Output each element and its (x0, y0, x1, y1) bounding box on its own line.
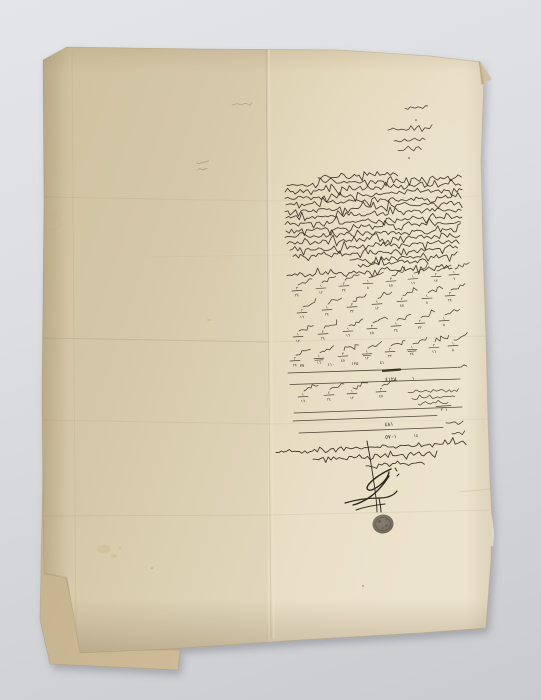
mini-row-entry-denominator: ٤٨ (379, 393, 383, 398)
share-row-1-entry-denominator: ١٢ (434, 278, 438, 283)
share-row-3-entry-denominator: ٢٤ (394, 327, 398, 332)
row-footnote-3: ١٢٥ (352, 361, 359, 366)
document-photo: ٣٢٤١١٢٢٢٤١٨٣٤٨١١٦٢١٢١٦٢١٦١٢٤٣٣٢١١٢٢٤٨١٨٣… (0, 0, 541, 700)
share-row-3-entry-numerator: ١ (297, 332, 299, 337)
mini-row-entry-denominator: ٢٤ (327, 396, 331, 401)
share-row-3-entry-denominator: ٤٨ (370, 330, 374, 335)
stain-spot (111, 554, 117, 558)
share-row-1-entry-numerator: ٣ (296, 286, 298, 291)
share-row-1-entry-numerator: ٢ (343, 281, 345, 286)
grand-total-3-note: ١٤ (414, 433, 419, 438)
share-row-3-entry-denominator: ٢٤ (321, 335, 325, 340)
grand-total-2: ٤٨١ (384, 422, 393, 428)
share-row-1-entry-denominator: ٢٤ (295, 292, 299, 297)
share-row-2-entry-numerator: ١ (426, 293, 428, 298)
share-row-1-entry-denominator: ٦ (453, 276, 455, 281)
share-row-4-entry-denominator: ١٦ (432, 349, 436, 354)
share-row-4-entry-denominator: ٨ (452, 347, 454, 352)
share-row-3-entry-denominator: ١٦ (346, 333, 350, 338)
share-row-3-entry-denominator: ٣٢ (418, 325, 422, 330)
share-row-2-entry-numerator: ١ (326, 305, 328, 310)
share-row-1-entry-denominator: ١٦ (411, 280, 415, 285)
share-row-2-entry-denominator: ٢٤ (325, 311, 329, 316)
share-row-2-entry-numerator: ٢ (301, 308, 303, 313)
row-footnote-4: ٤١ (380, 360, 385, 365)
share-row-1-entry-denominator: ٢٤ (342, 287, 346, 292)
share-row-2-entry-denominator: ٤٨ (400, 303, 404, 308)
share-row-1-entry-denominator: ٨ (367, 285, 369, 290)
header-dot (415, 119, 417, 121)
share-row-2-entry-numerator: ٣ (351, 302, 353, 307)
share-row-1-entry-numerator: ١ (453, 270, 455, 275)
stain-spot (97, 545, 111, 553)
ink-speck (151, 567, 153, 569)
grand-total-1: ٤١٢٨ (385, 377, 397, 384)
mini-row-entry-numerator: ٢ (328, 390, 330, 395)
share-row-4-entry-numerator: ٢ (389, 347, 391, 352)
share-row-1-entry-numerator: ١ (320, 283, 322, 288)
share-row-2-entry-denominator: ٣٢ (350, 308, 354, 313)
share-row-3-entry-numerator: ٣ (371, 323, 373, 328)
mini-row-entry-numerator: ٣ (380, 387, 382, 392)
stain-spot (119, 547, 122, 550)
row-footnote-2: ١١٠ (328, 362, 335, 367)
row-footnote-1: ٧٧ (300, 363, 305, 368)
share-row-4-entry-numerator: ٢ (294, 356, 296, 361)
share-row-4-entry-denominator: ٣٢ (388, 353, 392, 358)
share-row-2-entry-denominator: ٨ (426, 300, 428, 305)
share-row-1-entry-numerator: ١ (367, 278, 369, 283)
share-row-3-entry-numerator: ١ (347, 326, 349, 331)
share-row-1-entry-numerator: ٣ (390, 276, 392, 281)
share-row-4-entry-numerator: ١ (411, 344, 413, 349)
share-row-3-entry-denominator: ٨ (443, 322, 445, 327)
share-row-1-entry-denominator: ١٢ (319, 290, 323, 295)
share-row-1-entry-numerator: ٢ (435, 271, 437, 276)
photo-scene: ٣٢٤١١٢٢٢٤١٨٣٤٨١١٦٢١٢١٦٢١٦١٢٤٣٣٢١١٢٢٤٨١٨٣… (0, 0, 541, 700)
share-row-4-entry-denominator: ٢٤ (410, 351, 414, 356)
annotation-total: ٢٠١ (441, 407, 448, 412)
share-row-4-entry-denominator: ١٦ (317, 360, 321, 365)
share-row-3-entry-numerator: ١ (395, 321, 397, 326)
mini-row-entry-denominator: ١٢ (350, 395, 354, 400)
ink-speck (362, 585, 364, 587)
share-row-2-entry-denominator: ١٦ (300, 314, 304, 319)
mini-row-entry-numerator: ١ (351, 388, 353, 393)
share-row-2-entry-numerator: ٢ (401, 296, 403, 301)
share-row-4-entry-denominator: ٢٤ (293, 362, 297, 367)
share-row-4-entry-numerator: ١ (318, 353, 320, 358)
share-row-1-entry-numerator: ١ (412, 274, 414, 279)
share-row-4-entry-denominator: ٤٨ (341, 358, 345, 363)
share-row-3-entry-numerator: ٢ (322, 329, 324, 334)
share-row-4-entry-numerator: ١ (452, 341, 454, 346)
share-row-3-entry-numerator: ١ (443, 316, 445, 321)
share-row-4-entry-denominator: ١٢ (365, 355, 369, 360)
share-row-3-entry-denominator: ١٢ (296, 338, 300, 343)
smudge (207, 319, 211, 321)
grand-total-3: ٥٧٠١ (385, 434, 397, 441)
mini-row-entry-denominator: ١٦ (301, 398, 305, 403)
share-row-2-entry-numerator: ٣ (449, 291, 451, 296)
share-row-4-entry-numerator: ٣ (342, 351, 344, 356)
share-row-3-entry-numerator: ٢ (419, 318, 421, 323)
share-row-4-entry-numerator: ٢ (433, 342, 435, 347)
share-row-4-entry-numerator: ١ (366, 349, 368, 354)
share-row-2-entry-denominator: ١٢ (375, 305, 379, 310)
mini-row-entry-numerator: ١ (302, 392, 304, 397)
share-row-2-entry-denominator: ٢٤ (448, 297, 452, 302)
share-row-2-entry-numerator: ١ (376, 299, 378, 304)
total-rule-1-blot (383, 370, 400, 371)
header-dot (408, 157, 410, 159)
share-row-1-entry-denominator: ٤٨ (389, 282, 393, 287)
